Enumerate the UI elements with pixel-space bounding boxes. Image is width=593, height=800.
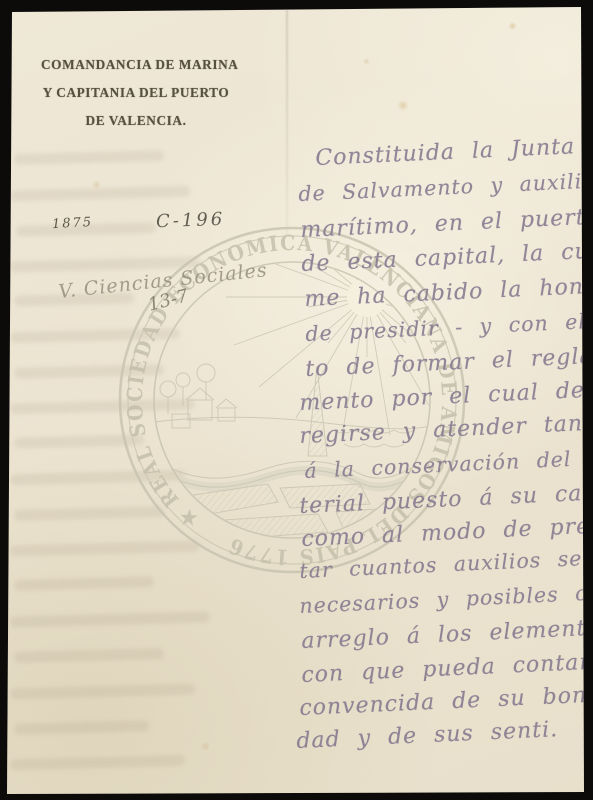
letterhead-line2: Y CAPITANIA DEL PUERTO	[41, 80, 231, 108]
scanned-letter: ★ REAL SOCIEDAD ECONOMICA VALENCIANA DE …	[0, 0, 593, 800]
letterhead-line1: COMANDANCIA DE MARINA	[41, 52, 231, 80]
manuscript-line: Constituida la Junta	[315, 134, 576, 171]
annotation-year: 1875	[52, 215, 94, 232]
manuscript-line: dad y de sus senti.	[296, 717, 559, 754]
foxing-spot	[508, 22, 517, 30]
letterhead: COMANDANCIA DE MARINA Y CAPITANIA DEL PU…	[36, 52, 236, 136]
foxing-spot	[397, 100, 409, 111]
letterhead-line3: DE VALENCIA.	[41, 108, 231, 136]
manuscript-line: de Salvamento y auxilio,	[298, 168, 593, 206]
manuscript-line: convencida de su bon	[299, 683, 588, 721]
foxing-spot	[200, 742, 211, 751]
annotation-code: C-196	[156, 209, 226, 232]
fold-crease	[286, 10, 288, 236]
foxing-spot	[363, 58, 370, 65]
manuscript-line: con que pueda contar-	[301, 650, 593, 688]
manuscript-line: necesarios y posibles con	[299, 580, 593, 618]
manuscript-line: arreglo á los elementos	[301, 615, 593, 654]
paper-sheet: ★ REAL SOCIEDAD ECONOMICA VALENCIANA DE …	[0, 0, 593, 800]
